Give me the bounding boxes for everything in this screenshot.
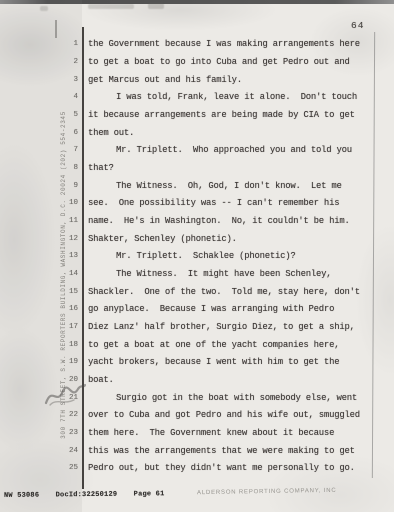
transcript-line: 4I was told, Frank, leave it alone. Don'… [0, 92, 394, 108]
line-text: Surgio got in the boat with somebody els… [116, 393, 357, 403]
line-number: 6 [58, 129, 78, 137]
ink-scribble-artifact [44, 378, 86, 408]
line-number: 4 [58, 93, 78, 101]
transcript-line: 23them here. The Government knew about i… [0, 428, 394, 444]
line-number: 23 [58, 429, 78, 437]
transcript-line: 6them out. [0, 128, 394, 144]
line-text: the Government because I was making arra… [88, 39, 360, 49]
transcript-line: 16go anyplace. Because I was arranging w… [0, 304, 394, 320]
transcript-line: 15Shackler. One of the two. Told me, sta… [0, 287, 394, 303]
transcript-line: 8that? [0, 163, 394, 179]
transcript-line: 7Mr. Triplett. Who approached you and to… [0, 145, 394, 161]
transcript-line: 3get Marcus out and his family. [0, 75, 394, 91]
line-text: Shakter, Schenley (phonetic). [88, 234, 237, 244]
transcript-line: 11name. He's in Washington. No, it could… [0, 216, 394, 232]
transcript-line: 12Shakter, Schenley (phonetic). [0, 234, 394, 250]
transcript-line: 19yacht brokers, because I went with him… [0, 357, 394, 373]
line-number: 13 [58, 252, 78, 260]
stamp-page-label: Page 61 [134, 490, 165, 498]
archive-stamp: NW 53086 DocId:32250129 Page 61 [4, 490, 177, 500]
line-number: 15 [58, 288, 78, 296]
line-number: 22 [58, 411, 78, 419]
line-text: Diez Lanz' half brother, Surgio Diez, to… [88, 322, 355, 332]
transcript-line: 10see. One possibility was -- I can't re… [0, 198, 394, 214]
stray-mark-artifact [55, 20, 57, 38]
line-text: get Marcus out and his family. [88, 75, 242, 85]
line-number: 11 [58, 217, 78, 225]
stamp-nw-number: NW 53086 [4, 492, 39, 500]
line-text: The Witness. Oh, God, I don't know. Let … [116, 181, 342, 191]
line-number: 3 [58, 76, 78, 84]
line-text: name. He's in Washington. No, it couldn'… [88, 216, 350, 226]
line-number: 16 [58, 305, 78, 313]
line-number: 14 [58, 270, 78, 278]
line-text: that? [88, 163, 114, 173]
line-text: to get a boat at one of the yacht compan… [88, 340, 339, 350]
line-number: 25 [58, 464, 78, 472]
transcript-line: 13Mr. Triplett. Schaklee (phonetic)? [0, 251, 394, 267]
line-text: boat. [88, 375, 114, 385]
line-text: The Witness. It might have been Schenley… [116, 269, 331, 279]
line-text: them out. [88, 128, 134, 138]
line-number: 2 [58, 58, 78, 66]
line-text: over to Cuba and got Pedro and his wife … [88, 410, 360, 420]
line-text: I was told, Frank, leave it alone. Don't… [116, 92, 357, 102]
line-number: 12 [58, 235, 78, 243]
line-number: 17 [58, 323, 78, 331]
transcript-line: 2to get a boat to go into Cuba and get P… [0, 57, 394, 73]
reporting-company-footer: ALDERSON REPORTING COMPANY, INC [197, 488, 337, 496]
line-text: Shackler. One of the two. Told me, stay … [88, 287, 360, 297]
line-text: Mr. Triplett. Who approached you and tol… [116, 145, 352, 155]
transcript-line: 17Diez Lanz' half brother, Surgio Diez, … [0, 322, 394, 338]
line-text: yacht brokers, because I went with him t… [88, 357, 339, 367]
transcript-line: 25Pedro out, but they didn't want me per… [0, 463, 394, 479]
line-number: 18 [58, 341, 78, 349]
transcript-line: 24this was the arrangements that we were… [0, 446, 394, 462]
transcript-line: 1the Government because I was making arr… [0, 39, 394, 55]
scanned-transcript-page: 64 300 7TH STREET, S.W. REPORTERS BUILDI… [0, 0, 394, 512]
transcript-line: 5it because arrangements are being made … [0, 110, 394, 126]
transcript-line: 22over to Cuba and got Pedro and his wif… [0, 410, 394, 426]
pencil-mark-artifact [88, 4, 134, 9]
line-number: 5 [58, 111, 78, 119]
line-text: to get a boat to go into Cuba and get Pe… [88, 57, 350, 67]
line-text: it because arrangements are being made b… [88, 110, 355, 120]
line-text: them here. The Government knew about it … [88, 428, 334, 438]
line-number: 10 [58, 199, 78, 207]
line-text: this was the arrangements that we were m… [88, 446, 355, 456]
line-number: 9 [58, 182, 78, 190]
transcript-line: 14The Witness. It might have been Schenl… [0, 269, 394, 285]
transcript-line: 9The Witness. Oh, God, I don't know. Let… [0, 181, 394, 197]
pencil-mark-artifact [40, 6, 48, 11]
line-number: 19 [58, 358, 78, 366]
line-text: Mr. Triplett. Schaklee (phonetic)? [116, 251, 296, 261]
transcript-line: 18to get a boat at one of the yacht comp… [0, 340, 394, 356]
line-number: 7 [58, 146, 78, 154]
line-text: go anyplace. Because I was arranging wit… [88, 304, 334, 314]
line-number: 1 [58, 40, 78, 48]
stamp-docid: DocId:32250129 [56, 491, 118, 500]
page-number: 64 [351, 20, 364, 31]
line-text: Pedro out, but they didn't want me perso… [88, 463, 355, 473]
pencil-mark-artifact [148, 3, 164, 9]
line-text: see. One possibility was -- I can't reme… [88, 198, 339, 208]
line-number: 8 [58, 164, 78, 172]
line-number: 24 [58, 447, 78, 455]
